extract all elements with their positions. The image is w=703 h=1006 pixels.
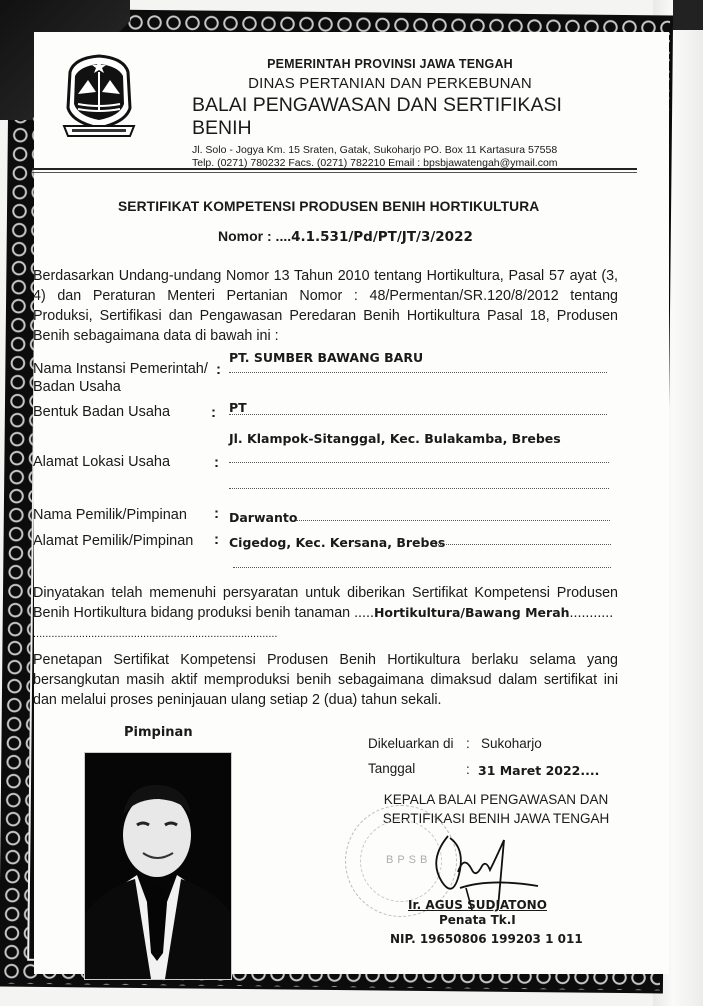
date-value: 31 Maret 2022....	[478, 763, 599, 778]
colon: :	[211, 404, 216, 421]
field-label-company-name-2: Badan Usaha	[33, 379, 121, 395]
validity-paragraph: Penetapan Sertifikat Kompetensi Produsen…	[33, 650, 618, 710]
officer-nip: NIP. 19650806 199203 1 011	[390, 932, 583, 946]
field-label-company-name: Nama Instansi Pemerintah/	[33, 361, 208, 377]
photo-caption: Pimpinan	[124, 725, 193, 740]
jawa-tengah-coat-of-arms-icon	[60, 52, 138, 140]
statement-dotted-line: ........................................…	[33, 628, 278, 640]
dotted-line	[233, 567, 611, 568]
portrait-image	[85, 753, 231, 979]
letterhead: PEMERINTAH PROVINSI JAWA TENGAH DINAS PE…	[190, 57, 590, 169]
certificate-title: SERTIFIKAT KOMPETENSI PRODUSEN BENIH HOR…	[118, 199, 539, 214]
field-label-business-address: Alamat Lokasi Usaha	[33, 454, 170, 470]
issued-at-value: Sukoharjo	[481, 736, 542, 751]
letterhead-department: DINAS PERTANIAN DAN PERKEBUNAN	[190, 75, 590, 92]
dotted-line	[229, 372, 607, 373]
field-value-company-name: PT. SUMBER BAWANG BARU	[229, 350, 423, 365]
letterhead-government: PEMERINTAH PROVINSI JAWA TENGAH	[190, 57, 590, 71]
officer-name: Ir. AGUS SUDJATONO	[408, 898, 547, 912]
intro-paragraph: Berdasarkan Undang-undang Nomor 13 Tahun…	[33, 266, 618, 346]
field-value-business-form: PT	[229, 400, 247, 415]
issued-at-label: Dikeluarkan di	[368, 736, 454, 751]
dotted-line	[229, 462, 609, 463]
field-value-owner-address: Cigedog, Kec. Kersana, Brebes	[229, 535, 445, 550]
letterhead-agency: BALAI PENGAWASAN DAN SERTIFIKASI BENIH	[192, 94, 612, 140]
field-label-owner-name: Nama Pemilik/Pimpinan	[33, 507, 187, 523]
field-value-business-address: Jl. Klampok-Sitanggal, Kec. Bulakamba, B…	[229, 431, 561, 446]
field-value-owner-name: Darwanto	[229, 510, 297, 525]
field-label-owner-address: Alamat Pemilik/Pimpinan	[33, 533, 193, 549]
certificate-number-value: 4.1.531/Pd/PT/JT/3/2022	[291, 229, 473, 245]
colon: :	[214, 454, 219, 471]
statement-paragraph: Dinyatakan telah memenuhi persyaratan un…	[33, 583, 618, 644]
field-label-business-form: Bentuk Badan Usaha	[33, 404, 170, 420]
colon: :	[216, 361, 221, 378]
colon: :	[466, 736, 470, 751]
colon: :	[466, 762, 470, 777]
dotted-line	[435, 544, 611, 545]
dotted-line	[229, 488, 609, 489]
owner-photo	[84, 752, 232, 980]
letterhead-divider-thin	[32, 172, 637, 173]
colon: :	[214, 531, 219, 548]
officer-rank: Penata Tk.I	[439, 913, 516, 927]
statement-trailing: ...........	[570, 605, 614, 621]
certificate-number-label: Nomor : ....	[218, 228, 291, 244]
statement-commodity: Hortikultura/Bawang Merah	[374, 605, 570, 620]
certificate-content: PEMERINTAH PROVINSI JAWA TENGAH DINAS PE…	[0, 0, 703, 1006]
colon: :	[214, 505, 219, 522]
date-label: Tanggal	[368, 761, 415, 776]
dotted-line	[296, 520, 610, 521]
certificate-number: Nomor : ....4.1.531/Pd/PT/JT/3/2022	[218, 228, 473, 245]
letterhead-divider-thick	[32, 168, 637, 170]
letterhead-address: Jl. Solo - Jogya Km. 15 Sraten, Gatak, S…	[192, 144, 612, 156]
dotted-line	[229, 414, 607, 415]
